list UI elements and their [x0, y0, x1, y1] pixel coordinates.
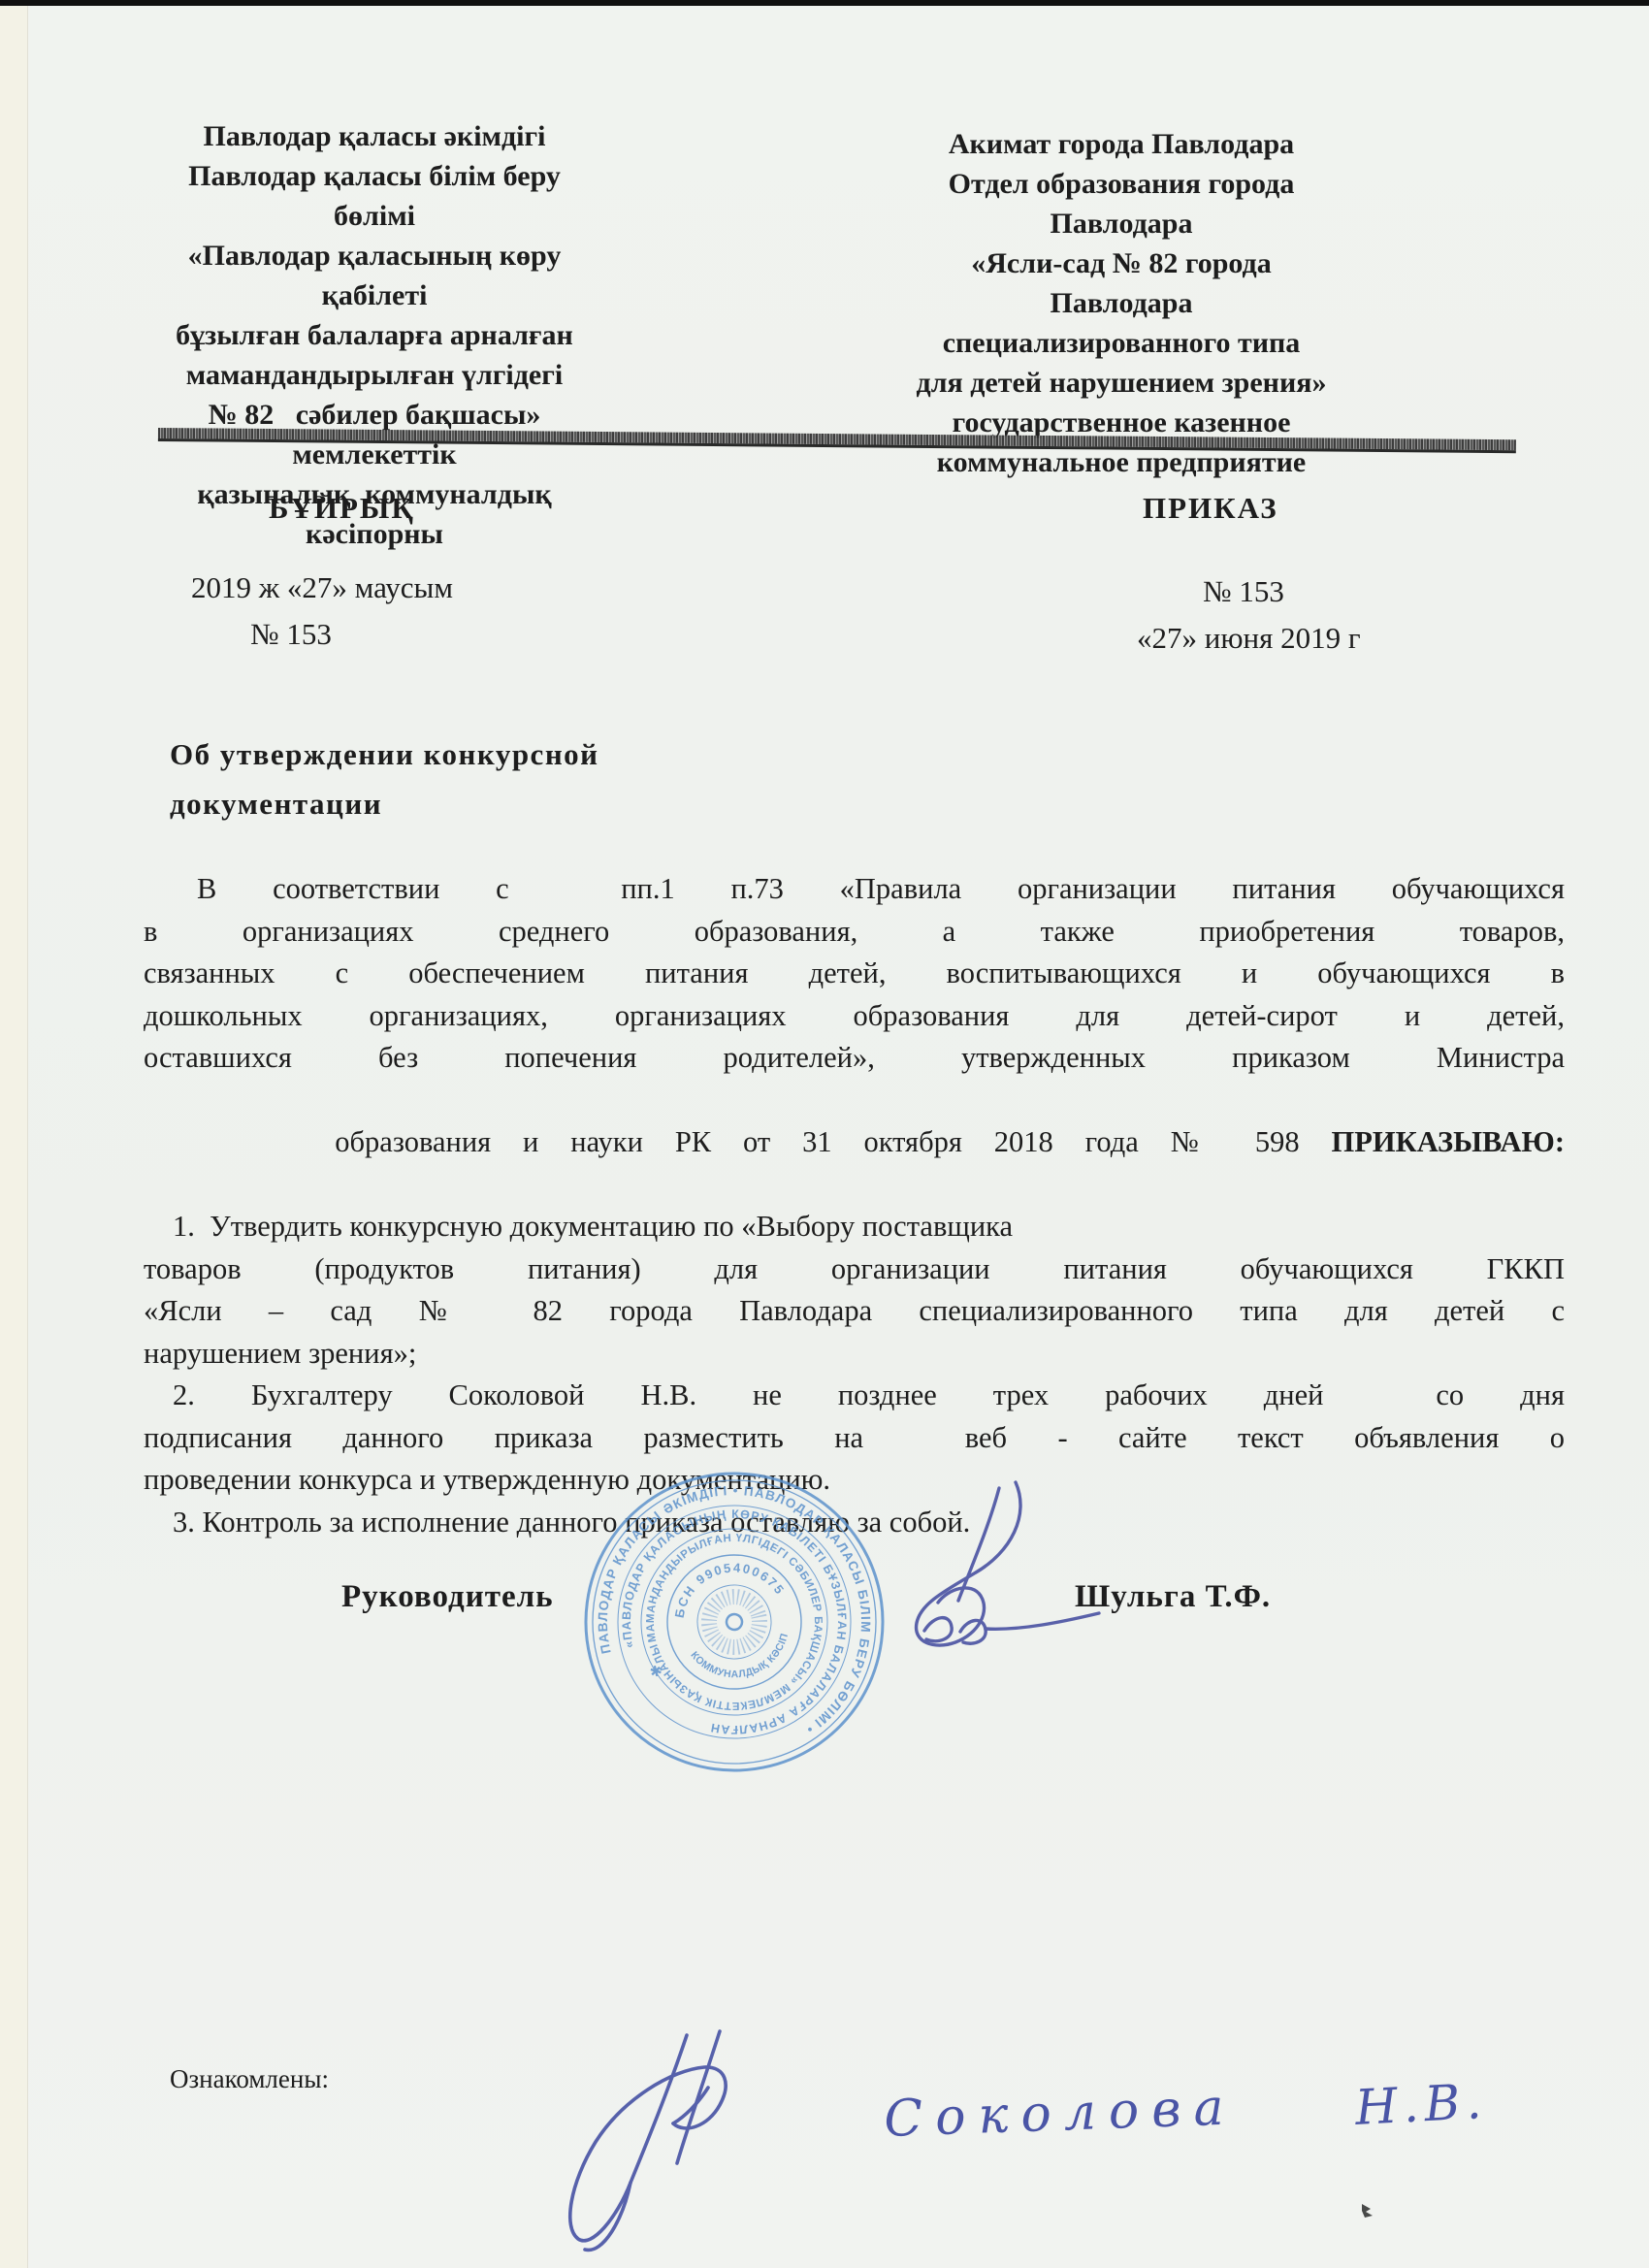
order-directive-word: ПРИКАЗЫВАЮ: [1332, 1125, 1565, 1158]
svg-text:КОММУНАЛДЫҚ КӘСІПОРНЫ № 82: КОММУНАЛДЫҚ КӘСІПОРНЫ № 82 [681, 1601, 798, 1691]
letterhead-russian: Акимат города Павлодара Отдел образовани… [904, 124, 1339, 482]
body-line-text: образования и науки РК от 31 октября 201… [335, 1125, 1331, 1158]
svg-text:БСН 990540067543: БСН 990540067543 [662, 1547, 792, 1638]
stamp-bin-text: БСН 990540067543 [662, 1547, 792, 1638]
scan-edge-top [0, 0, 1649, 6]
stamp-bottom-text: КОММУНАЛДЫҚ КӘСІПОРНЫ № 82 [681, 1601, 798, 1691]
body-line: подписания данного приказа разместить на… [144, 1417, 1565, 1460]
letterhead-ru-line: «Ясли-сад № 82 города Павлодара [904, 243, 1339, 323]
body-line-item-3: 3. Контроль за исполнение данного приказ… [144, 1502, 1565, 1544]
order-title-ru: ПРИКАЗ [1143, 491, 1278, 526]
body-line: В соответствии с пп.1 п.73 «Правила орга… [144, 868, 1565, 911]
scan-edge-left [0, 6, 28, 2268]
body-line: нарушением зрения»; [144, 1333, 1565, 1376]
order-date-ru: «27» июня 2019 г [1137, 621, 1361, 656]
letterhead-ru-line: для детей нарушением зрения» [904, 363, 1339, 403]
letterhead-kk-line: Павлодар қаласы әкімдігі [145, 116, 603, 156]
body-line: оставшихся без попечения родителей», утв… [144, 1037, 1565, 1080]
letterhead-kk-line: бұзылған балаларға арналған [145, 315, 603, 355]
body-line: проведении конкурса и утвержденную докум… [144, 1459, 1565, 1502]
signatory-role: Руководитель [341, 1579, 554, 1615]
scanned-order-document: Павлодар қаласы әкімдігі Павлодар қаласы… [0, 0, 1649, 2268]
order-subject-line: документации [170, 779, 599, 828]
body-line-item-2: 2. Бухгалтеру Соколовой Н.В. не позднее … [144, 1375, 1565, 1417]
letterhead-ru-line: специализированного типа [904, 323, 1339, 363]
order-body: В соответствии с пп.1 п.73 «Правила орга… [144, 868, 1565, 1543]
signatory-name: Шульга Т.Ф. [1075, 1579, 1271, 1615]
letterhead-ru-line: Акимат города Павлодара [904, 124, 1339, 164]
stamp-ring-inner-text: МАМАНДАНДЫРЫЛҒАН ҮЛГІДЕГІ СӘБИЛЕР БАҚШАС… [626, 1513, 842, 1730]
stamp-emblem-core [725, 1612, 743, 1631]
body-line: товаров (продуктов питания) для организа… [144, 1248, 1565, 1291]
handwritten-surname: Соколова [883, 2078, 1237, 2149]
order-number-ru: № 153 [1203, 574, 1284, 609]
order-subject: Об утверждении конкурсной документации [170, 729, 599, 828]
handwritten-initials: Н.В. [1353, 2073, 1489, 2136]
letterhead-kk-line: мамандандырылған үлгідегі [145, 355, 603, 395]
ink-speck [1362, 2204, 1373, 2218]
body-line: связанных с обеспечением питания детей, … [144, 953, 1565, 995]
letterhead-ru-line: Отдел образования города Павлодара [904, 164, 1339, 243]
order-title-kk: БҰЙРЫҚ [269, 491, 415, 526]
body-line: дошкольных организациях, организациях об… [144, 995, 1565, 1038]
body-line: «Ясли – сад № 82 города Павлодара специа… [144, 1290, 1565, 1333]
stamp-star-icon: ✱ [648, 1663, 663, 1682]
acknowledgement-label: Ознакомлены: [170, 2064, 329, 2094]
body-line-item-1: 1. Утвердить конкурсную документацию по … [144, 1206, 1565, 1248]
svg-text:МАМАНДАНДЫРЫЛҒАН ҮЛГІДЕГІ СӘБИ: МАМАНДАНДЫРЫЛҒАН ҮЛГІДЕГІ СӘБИЛЕР БАҚШАС… [626, 1513, 842, 1730]
order-subject-line: Об утверждении конкурсной [170, 729, 599, 779]
order-date-kk: 2019 ж «27» маусым [191, 570, 453, 605]
order-number-kk: № 153 [250, 617, 332, 652]
accountant-signature [570, 2031, 726, 2250]
body-line: образования и науки РК от 31 октября 201… [144, 1080, 1565, 1207]
letterhead-kk-line: Павлодар қаласы білім беру бөлімі [145, 156, 603, 236]
stamp-emblem-rays [703, 1591, 764, 1652]
letterhead-kazakh: Павлодар қаласы әкімдігі Павлодар қаласы… [145, 116, 603, 554]
letterhead-kk-line: «Павлодар қаласының көру қабілеті [145, 236, 603, 315]
body-line: в организациях среднего образования, а т… [144, 911, 1565, 954]
